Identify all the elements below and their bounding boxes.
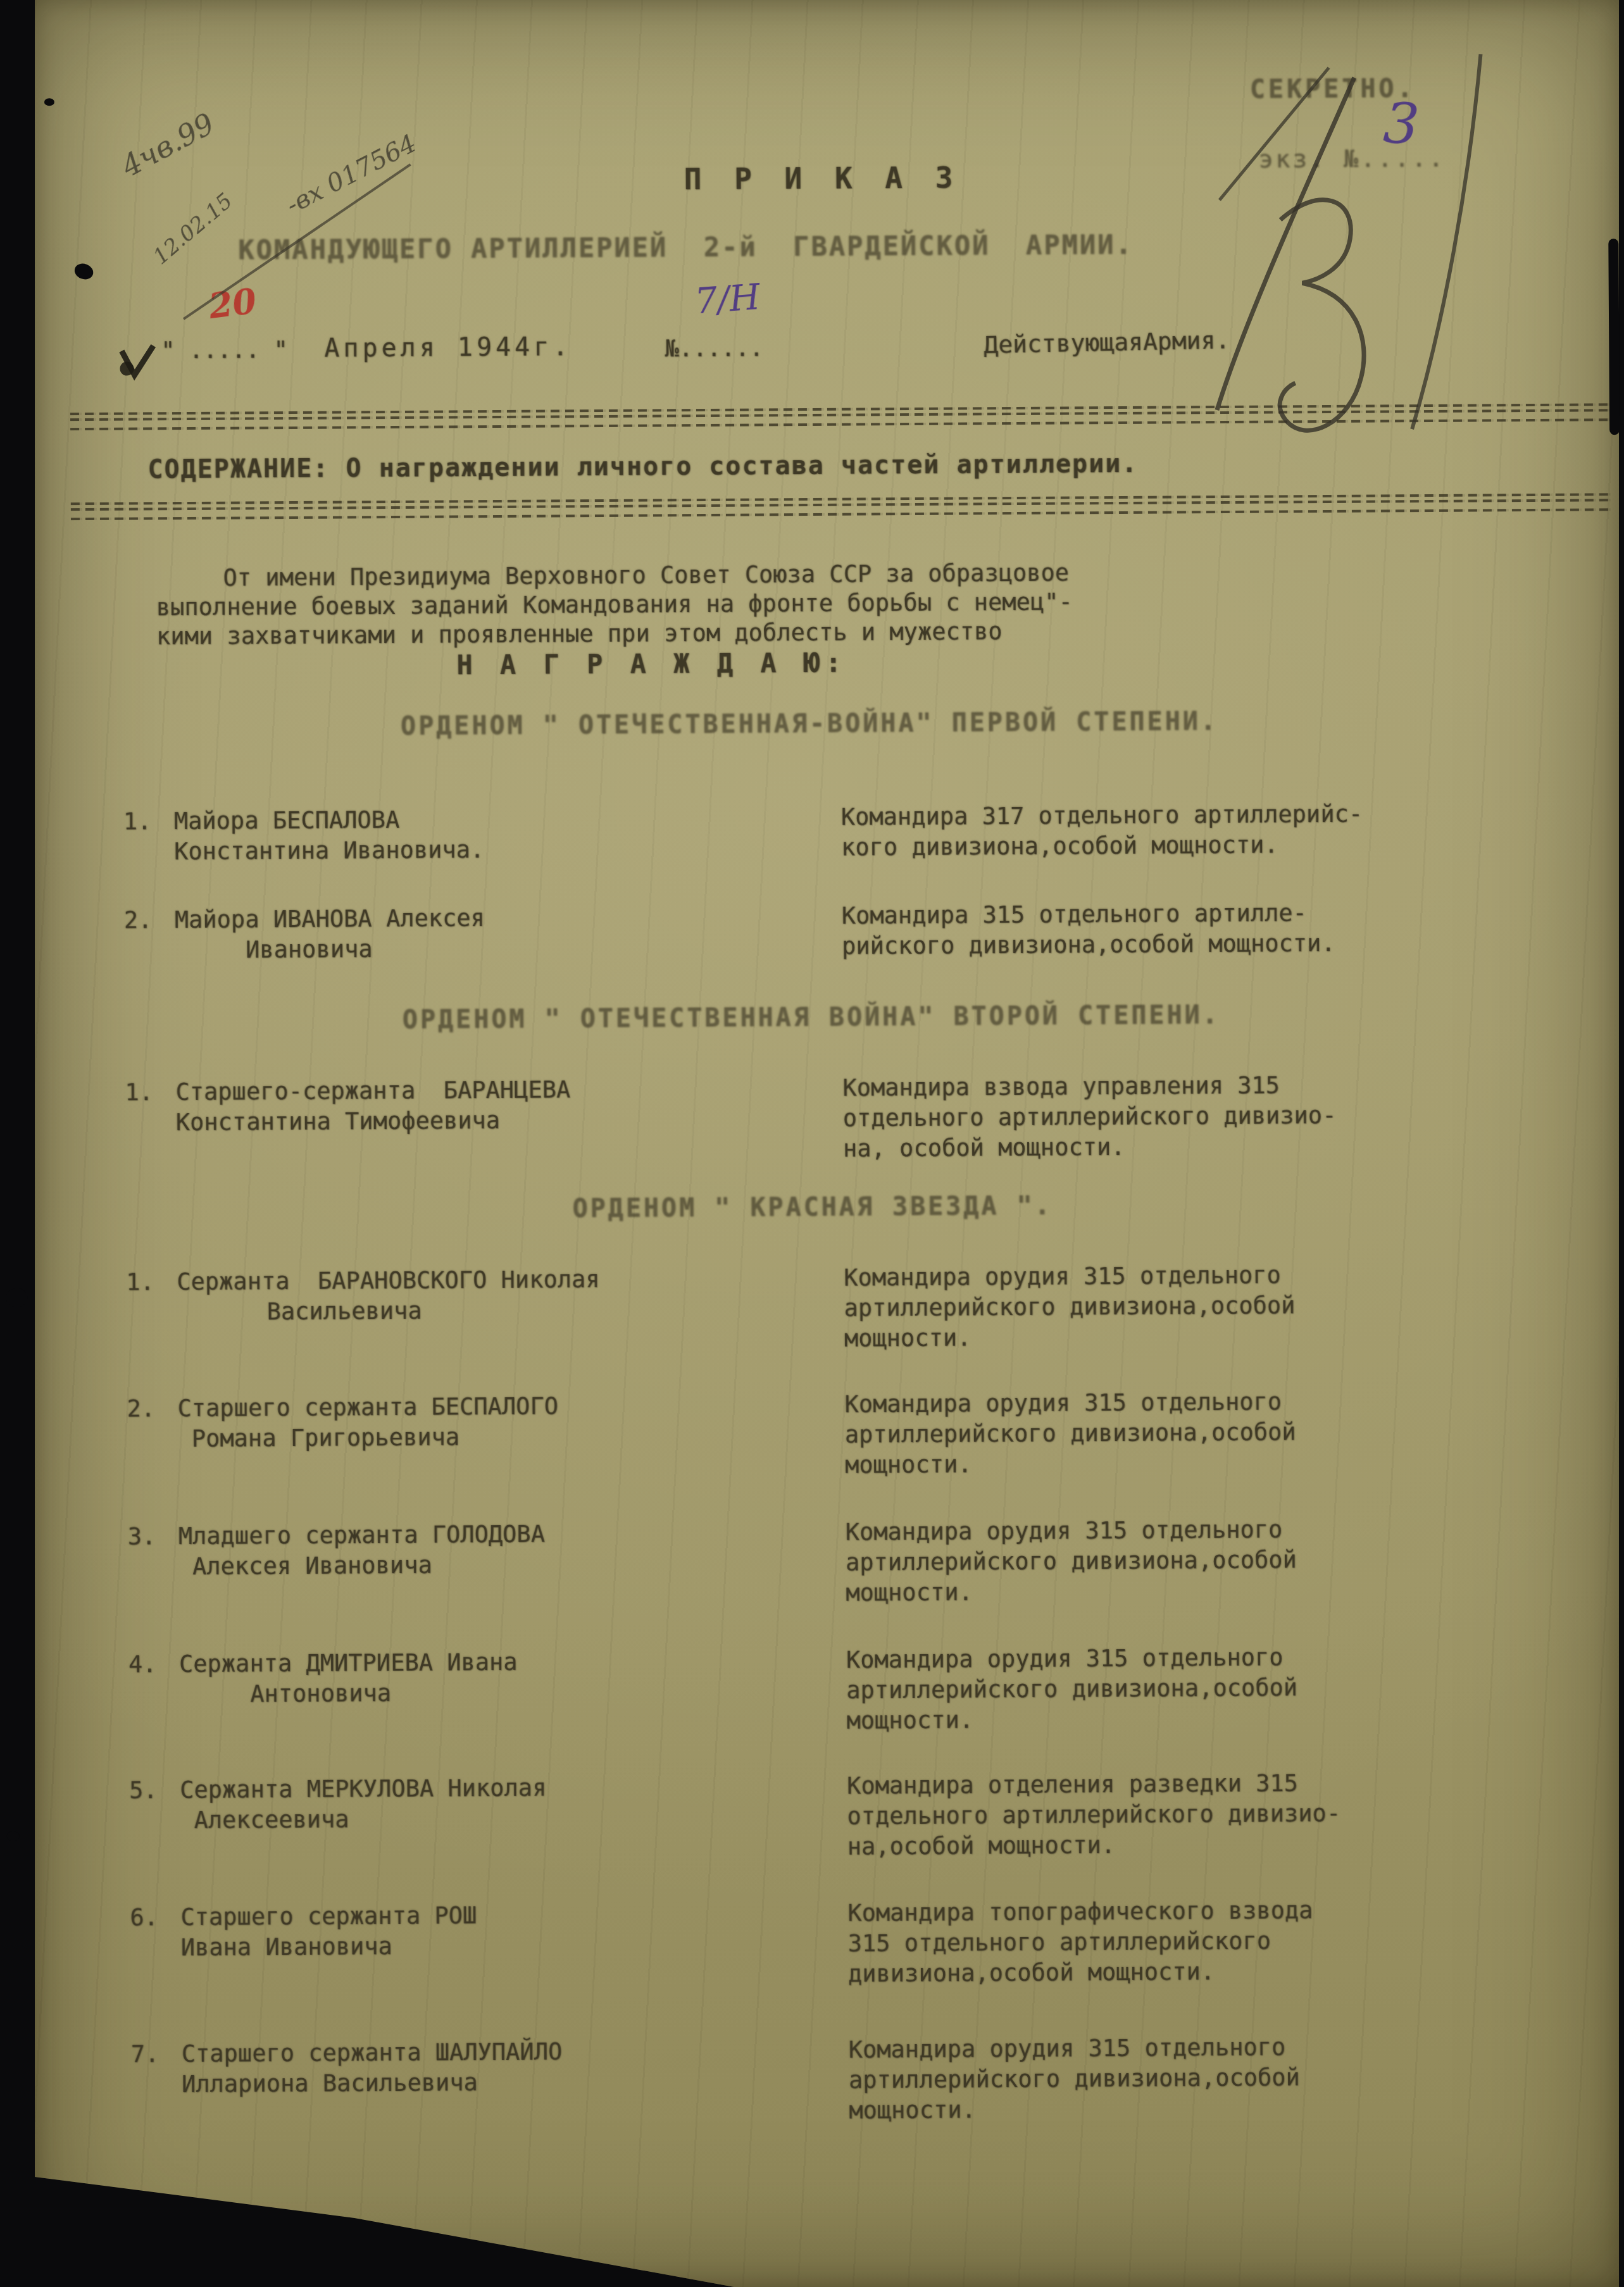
entry-role-line: рийского дивизиона,особой мощности. <box>842 928 1335 962</box>
entry-number: 7. <box>131 2039 159 2069</box>
entry-name-line: Ивановича <box>175 933 485 966</box>
section-heading-red-star: ОРДЕНОМ " КРАСНАЯ ЗВЕЗДА ". <box>0 1187 1624 1228</box>
ink-checkmark <box>122 346 153 375</box>
torn-edge <box>1608 239 1620 435</box>
entry-name-line: Старшего сержанта БЕСПАЛОГО <box>177 1391 558 1424</box>
entry-role-line: кого дивизиона,особой мощности. <box>841 830 1363 863</box>
entry-name-line: Сержанта БАРАНОВСКОГО Николая <box>177 1264 600 1297</box>
handwritten-order-number: 7/Н <box>694 277 762 323</box>
document-content: СЕКРЕТНО. экз. №..... 3 4чв.99 12.02.15 … <box>0 0 1624 2287</box>
entry-name-line: Алексея Ивановича <box>178 1550 545 1583</box>
date-month-year: Апреля 1944г. <box>324 332 572 363</box>
entry-role-line: Командира орудия 315 отдельного <box>849 2032 1300 2065</box>
entry-name-line: Алексеевича <box>180 1804 546 1836</box>
handwritten-copy-number: 3 <box>1382 90 1421 158</box>
entry-name-line: Константина Тимофеевича <box>176 1105 571 1138</box>
award-entry: 2. Старшего сержанта БЕСПАЛОГО Романа Гр… <box>127 1385 1608 1393</box>
entry-role-line: дивизиона,особой мощности. <box>848 1956 1313 1989</box>
award-entry: 1. Майора БЕСПАЛОВА Константина Иванович… <box>123 797 1604 806</box>
entry-name-line: Ивана Ивановича <box>181 1931 477 1963</box>
issuing-location: ДействующаяАрмия. <box>984 325 1230 360</box>
registration-annotation-2: 12.02.15 <box>148 189 237 270</box>
copy-number-label: экз. №..... <box>1258 143 1446 175</box>
entry-role-line: Командира 315 отдельного артилле- <box>842 898 1335 932</box>
entry-role-line: отдельного артиллерийского дивизио- <box>843 1100 1337 1134</box>
preamble-line: кими захватчиками и проявленные при этом… <box>156 616 1003 652</box>
entry-role-line: Командира взвода управления 315 <box>842 1070 1336 1104</box>
entry-number: 3. <box>128 1521 156 1552</box>
award-entry: 3. Младшего сержанта ГОЛОДОВА Алексея Ив… <box>128 1512 1609 1521</box>
entry-role-line: 315 отдельного артиллерийского <box>848 1926 1313 1959</box>
entry-number: 1. <box>126 1267 154 1297</box>
registration-annotation-3: -вх 017564 <box>282 128 422 220</box>
entry-name-line: Сержанта ДМИТРИЕВА Ивана <box>179 1647 518 1679</box>
paper-hole <box>6 1288 27 1307</box>
entry-name-line: Сержанта МЕРКУЛОВА Николая <box>180 1773 546 1806</box>
paper-hole <box>72 261 95 282</box>
entry-name-line: Старшего сержанта РОШ <box>180 1900 477 1933</box>
typed-divider <box>71 490 1613 520</box>
award-entry: 1. Старшего-сержанта БАРАНЦЕВА Константи… <box>125 1068 1606 1077</box>
entry-role-line: артиллерийского дивизиона,особой <box>846 1673 1297 1705</box>
order-number-label: №...... <box>665 333 763 364</box>
award-entry: 5. Сержанта МЕРКУЛОВА Николая Алексеевич… <box>129 1766 1610 1775</box>
entry-role-line: Командира орудия 315 отдельного <box>844 1387 1296 1419</box>
entry-name-line: Майора ИВАНОВА Алексея <box>175 903 485 935</box>
big-pencil-mark-stroke-1 <box>1215 78 1356 410</box>
entry-role-line: мощности. <box>846 1703 1297 1736</box>
entry-role-line: мощности. <box>844 1321 1296 1354</box>
document-scan: СЕКРЕТНО. экз. №..... 3 4чв.99 12.02.15 … <box>0 0 1624 2287</box>
entry-number: 6. <box>130 1902 158 1933</box>
entry-role-line: Командира 317 отдельного артиллерийс- <box>841 799 1363 833</box>
entry-name-line: Майора БЕСПАЛОВА <box>174 804 484 837</box>
big-pencil-mark-stroke-3 <box>1410 54 1483 430</box>
handwritten-day: 20 <box>206 280 259 327</box>
ink-blot <box>120 362 134 376</box>
entry-name-line: Иллариона Васильевича <box>182 2067 563 2100</box>
entry-name-line: Антоновича <box>179 1678 518 1710</box>
entry-role-line: артиллерийского дивизиона,особой <box>849 2062 1300 2095</box>
entry-role-line: артиллерийского дивизиона,особой <box>844 1290 1295 1323</box>
award-entry: 4. Сержанта ДМИТРИЕВА Ивана Антоновича К… <box>128 1640 1609 1649</box>
entry-role-line: Командира орудия 315 отдельного <box>846 1642 1297 1675</box>
entry-name-line: Старшего-сержанта БАРАНЦЕВА <box>175 1075 570 1107</box>
entry-role-line: Командира топографического взвода <box>847 1895 1313 1928</box>
entry-number: 1. <box>123 806 152 837</box>
order-issuer: КОМАНДУЮЩЕГО АРТИЛЛЕРИЕЙ 2-й ГВАРДЕЙСКОЙ… <box>238 230 1134 266</box>
entry-number: 4. <box>128 1649 157 1679</box>
entry-number: 1. <box>125 1077 153 1107</box>
subject-line: СОДЕРЖАНИЕ: О награждении личного состав… <box>147 449 1138 485</box>
award-entry: 7. Старшего сержанта ШАЛУПАЙЛО Иллариона… <box>131 2030 1612 2039</box>
paper-hole <box>7 1831 20 1841</box>
entry-number: 2. <box>127 1393 155 1424</box>
entry-role-line: Командира орудия 315 отдельного <box>846 1514 1297 1547</box>
entry-name-line: Старшего сержанта ШАЛУПАЙЛО <box>182 2036 563 2069</box>
section-heading-patriotic-war-1st: ОРДЕНОМ " ОТЕЧЕСТВЕННАЯ-ВОЙНА" ПЕРВОЙ СТ… <box>0 704 1621 744</box>
entry-role-line: отдельного артиллерийского дивизио- <box>847 1798 1340 1832</box>
section-heading-patriotic-war-2nd: ОРДЕНОМ " ОТЕЧЕСТВЕННАЯ ВОЙНА" ВТОРОЙ СТ… <box>0 997 1623 1038</box>
award-entry: 2. Майора ИВАНОВА Алексея Ивановича Кома… <box>124 896 1605 905</box>
entry-number: 5. <box>129 1775 158 1805</box>
entry-role-line: артиллерийского дивизиона,особой <box>845 1417 1296 1450</box>
order-title: П Р И К А З <box>684 163 961 195</box>
entry-role-line: Командира орудия 315 отдельного <box>844 1260 1295 1293</box>
entry-role-line: Командира отделения разведки 315 <box>847 1768 1340 1802</box>
award-entry: 6. Старшего сержанта РОШ Ивана Ивановича… <box>130 1893 1611 1902</box>
entry-name-line: Младшего сержанта ГОЛОДОВА <box>178 1519 545 1552</box>
entry-role-line: на, особой мощности. <box>843 1131 1337 1164</box>
registration-annotation-1: 4чв.99 <box>116 106 220 184</box>
award-entry: 1. Сержанта БАРАНОВСКОГО Николая Василье… <box>126 1258 1607 1267</box>
entry-name-line: Константина Ивановича. <box>174 835 484 867</box>
typed-divider <box>70 400 1612 430</box>
paper-hole <box>44 98 54 106</box>
entry-role-line: мощности. <box>849 2093 1300 2126</box>
date-quote-dots: " ..... " <box>161 335 288 366</box>
entry-number: 2. <box>124 905 153 935</box>
entry-role-line: артиллерийского дивизиона,особой <box>846 1545 1297 1578</box>
award-declaration: Н А Г Р А Ж Д А Ю: <box>456 648 847 681</box>
entry-role-line: на,особой мощности. <box>847 1829 1341 1862</box>
big-pencil-mark-stroke-2 <box>1278 199 1365 430</box>
entry-role-line: мощности. <box>846 1575 1297 1608</box>
entry-name-line: Романа Григорьевича <box>178 1421 559 1454</box>
entry-role-line: мощности. <box>845 1447 1296 1480</box>
entry-name-line: Васильевича <box>177 1295 600 1328</box>
